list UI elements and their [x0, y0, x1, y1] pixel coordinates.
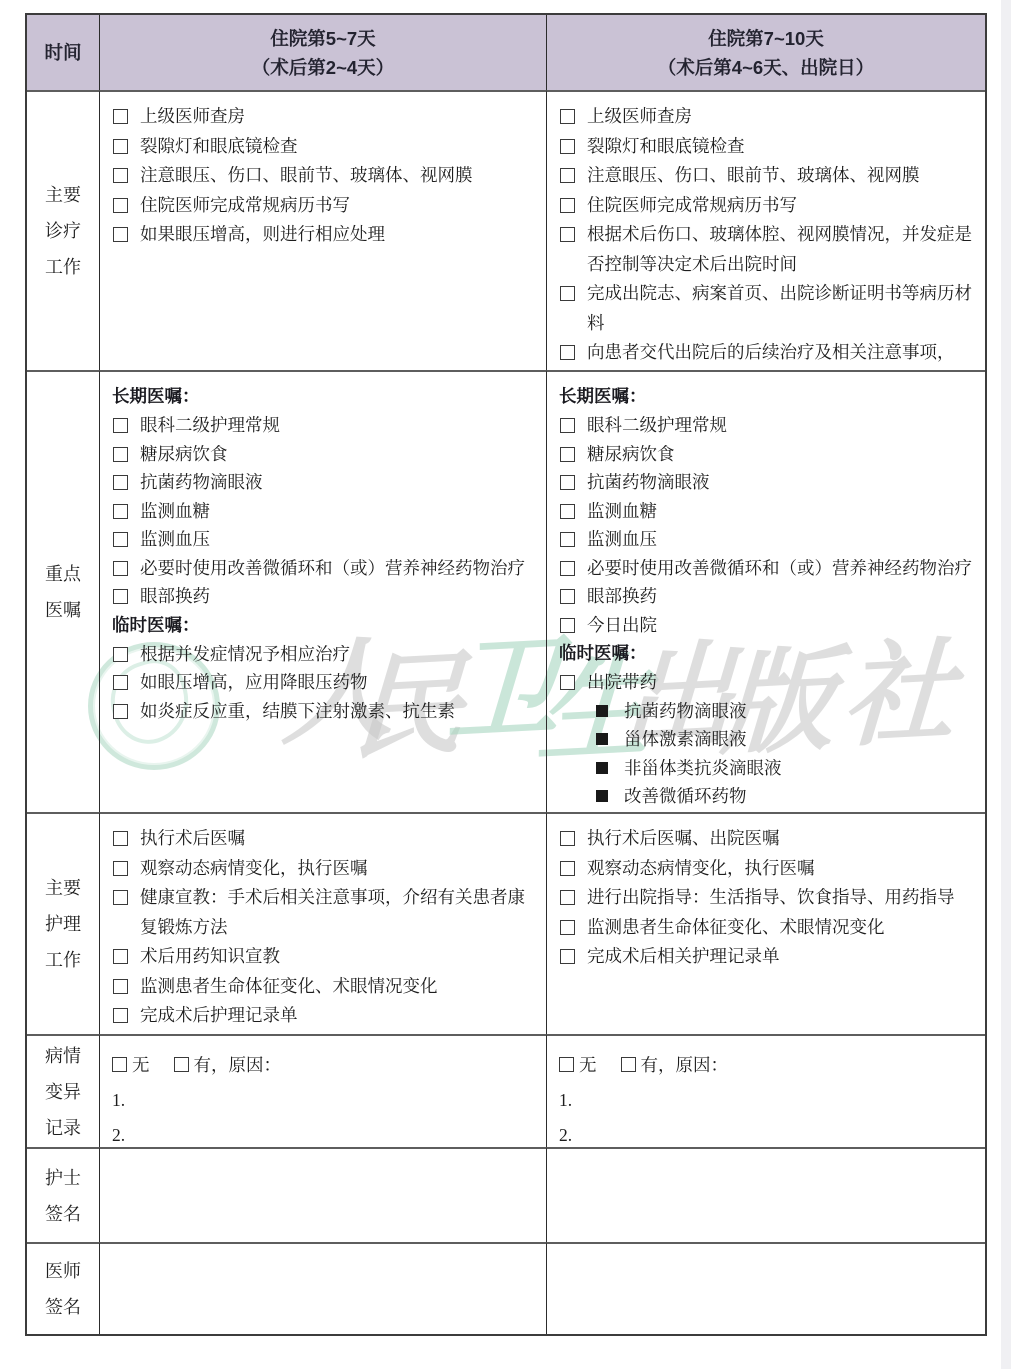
row-label-line: 签名	[45, 1289, 81, 1325]
checklist-item: 如果眼压增高，则进行相应处理	[112, 220, 538, 250]
checkbox-icon[interactable]	[113, 861, 128, 876]
checklist-item-label: 眼科二级护理常规	[140, 415, 280, 435]
checklist-item: 住院医师完成常规病历书写	[112, 191, 538, 221]
checklist-item-label: 如果眼压增高，则进行相应处理	[140, 224, 385, 244]
temp-orders-title: 临时医嘱：	[559, 639, 977, 668]
checklist-item: 裂隙灯和眼底镜检查	[112, 132, 538, 162]
checkbox-icon[interactable]	[560, 561, 575, 576]
checklist-item-label: 如眼压增高，应用降眼压药物	[140, 672, 368, 692]
checklist-item: 如眼压增高，应用降眼压药物	[112, 668, 538, 697]
row-label-line: 记录	[45, 1110, 81, 1146]
row-label-diagnosis: 主要诊疗工作	[27, 90, 99, 370]
checklist-item: 出院带药	[559, 668, 977, 697]
checklist-item-label: 眼部换药	[587, 586, 657, 606]
checkbox-icon[interactable]	[113, 979, 128, 994]
checkbox-icon[interactable]	[560, 345, 575, 360]
checklist-item-label: 甾体激素滴眼液	[624, 729, 747, 749]
checkbox-icon[interactable]	[560, 949, 575, 964]
checklist-item: 监测患者生命体征变化、术眼情况变化	[559, 913, 977, 943]
checkbox-icon[interactable]	[113, 447, 128, 462]
checklist-item: 观察动态病情变化，执行医嘱	[112, 854, 538, 884]
checkbox-icon[interactable]	[560, 109, 575, 124]
checkbox-icon[interactable]	[621, 1057, 636, 1072]
checkbox-icon[interactable]	[560, 504, 575, 519]
checklist-item-label: 完成术后相关护理记录单	[587, 946, 780, 966]
checklist-item: 必要时使用改善微循环和（或）营养神经药物治疗	[559, 554, 977, 583]
checklist-item-label: 必要时使用改善微循环和（或）营养神经药物治疗	[140, 558, 525, 578]
checklist-item: 糖尿病饮食	[112, 440, 538, 469]
checklist-item: 进行出院指导：生活指导、饮食指导、用药指导	[559, 883, 977, 913]
checklist-item-label: 术后用药知识宣教	[140, 946, 280, 966]
header-day5-7-line2: （术后第2~4天）	[252, 53, 394, 82]
checkbox-icon[interactable]	[560, 890, 575, 905]
checkbox-icon[interactable]	[113, 704, 128, 719]
checklist-item: 改善微循环药物	[559, 782, 977, 811]
checkbox-icon[interactable]	[113, 831, 128, 846]
checklist-item-label: 必要时使用改善微循环和（或）营养神经药物治疗	[587, 558, 972, 578]
checklist-item-label: 糖尿病饮食	[587, 444, 675, 464]
row-label-line: 主要	[45, 870, 81, 906]
filled-square-bullet	[596, 733, 608, 745]
checklist-item-label: 向患者交代出院后的后续治疗及相关注意事项，如：复诊时间等	[587, 342, 955, 370]
checklist-item-label: 注意眼压、伤口、眼前节、玻璃体、视网膜	[587, 165, 920, 185]
cell-diagnosis-day7-10: 上级医师查房裂隙灯和眼底镜检查注意眼压、伤口、眼前节、玻璃体、视网膜住院医师完成…	[546, 90, 985, 370]
checklist-item: 糖尿病饮食	[559, 440, 977, 469]
longterm-orders-list: 眼科二级护理常规糖尿病饮食抗菌药物滴眼液监测血糖监测血压必要时使用改善微循环和（…	[112, 411, 538, 611]
checklist-item: 监测血压	[559, 525, 977, 554]
checklist-item: 监测血糖	[559, 497, 977, 526]
filled-square-bullet	[596, 762, 608, 774]
checkbox-icon[interactable]	[560, 475, 575, 490]
cell-variation-day5-7: 无有，原因： 1. 2.	[99, 1034, 546, 1147]
row-label-line: 工作	[45, 249, 81, 285]
checkbox-icon[interactable]	[560, 447, 575, 462]
checkbox-icon[interactable]	[560, 861, 575, 876]
checklist-item: 健康宣教：手术后相关注意事项，介绍有关患者康复锻炼方法	[112, 883, 538, 942]
row-label-orders: 重点医嘱	[27, 370, 99, 812]
checklist-item-label: 抗菌药物滴眼液	[140, 472, 263, 492]
row-label-line: 医嘱	[45, 592, 81, 628]
cell-doctor-signature-day5-7[interactable]	[99, 1242, 546, 1334]
checklist-item: 观察动态病情变化，执行医嘱	[559, 854, 977, 884]
checklist-item: 今日出院	[559, 611, 977, 640]
temp-orders-list: 根据并发症情况予相应治疗如眼压增高，应用降眼压药物如炎症反应重，结膜下注射激素、…	[112, 640, 538, 726]
checklist-item: 抗菌药物滴眼液	[559, 697, 977, 726]
checkbox-icon[interactable]	[113, 589, 128, 604]
checklist-item: 监测血压	[112, 525, 538, 554]
checklist-item: 甾体激素滴眼液	[559, 725, 977, 754]
checklist-item-label: 注意眼压、伤口、眼前节、玻璃体、视网膜	[140, 165, 473, 185]
checklist-item-label: 监测血糖	[587, 501, 657, 521]
checklist-item-label: 住院医师完成常规病历书写	[587, 195, 797, 215]
row-label-line: 主要	[45, 177, 81, 213]
temp-orders-title: 临时医嘱：	[112, 611, 538, 640]
variation-reason-1: 1.	[112, 1083, 538, 1118]
variation-reason-2: 2.	[112, 1118, 538, 1147]
checkbox-icon[interactable]	[113, 647, 128, 662]
checklist-item: 注意眼压、伤口、眼前节、玻璃体、视网膜	[559, 161, 977, 191]
checklist-item-label: 上级医师查房	[587, 106, 692, 126]
checkbox-icon[interactable]	[113, 198, 128, 213]
row-label-line: 护理	[45, 906, 81, 942]
checklist-item-label: 完成术后护理记录单	[140, 1005, 298, 1025]
checklist-item-label: 健康宣教：手术后相关注意事项，介绍有关患者康复锻炼方法	[140, 887, 525, 937]
checklist-item-label: 观察动态病情变化，执行医嘱	[140, 858, 368, 878]
row-label-nursing: 主要护理工作	[27, 812, 99, 1034]
cell-nurse-signature-day5-7[interactable]	[99, 1147, 546, 1242]
checkbox-icon[interactable]	[560, 227, 575, 242]
checklist-item: 监测患者生命体征变化、术眼情况变化	[112, 972, 538, 1002]
checklist-item-label: 监测血糖	[140, 501, 210, 521]
cell-nursing-day7-10: 执行术后医嘱、出院医嘱观察动态病情变化，执行医嘱进行出院指导：生活指导、饮食指导…	[546, 812, 985, 1034]
checkbox-icon[interactable]	[560, 618, 575, 633]
checkbox-icon[interactable]	[560, 168, 575, 183]
longterm-orders-title: 长期医嘱：	[559, 382, 977, 411]
clinical-pathway-table: 时间 住院第5~7天 （术后第2~4天） 住院第7~10天 （术后第4~6天、出…	[25, 13, 987, 1336]
temp-orders-list: 出院带药	[559, 668, 977, 697]
row-label-line: 病情	[45, 1038, 81, 1074]
checkbox-icon[interactable]	[560, 675, 575, 690]
checklist-item: 眼科二级护理常规	[559, 411, 977, 440]
checklist-item: 抗菌药物滴眼液	[559, 468, 977, 497]
checkbox-icon[interactable]	[113, 227, 128, 242]
checklist-item-label: 裂隙灯和眼底镜检查	[140, 136, 298, 156]
checklist-item: 抗菌药物滴眼液	[112, 468, 538, 497]
checkbox-icon[interactable]	[113, 561, 128, 576]
checkbox-icon[interactable]	[113, 532, 128, 547]
checklist-item-label: 改善微循环药物	[624, 786, 747, 806]
checkbox-icon[interactable]	[560, 198, 575, 213]
checkbox-icon[interactable]	[113, 139, 128, 154]
checklist-item-label: 上级医师查房	[140, 106, 245, 126]
row-label-line: 医师	[45, 1253, 81, 1289]
checkbox-icon[interactable]	[113, 504, 128, 519]
checklist-item-label: 抗菌药物滴眼液	[624, 701, 747, 721]
row-label-variation: 病情变异记录	[27, 1034, 99, 1147]
checklist-item: 裂隙灯和眼底镜检查	[559, 132, 977, 162]
checkbox-icon[interactable]	[560, 532, 575, 547]
cell-variation-day7-10: 无有，原因： 1. 2.	[546, 1034, 985, 1147]
checklist-item-label: 出院带药	[587, 672, 657, 692]
checkbox-icon[interactable]	[113, 890, 128, 905]
checkbox-icon[interactable]	[560, 589, 575, 604]
header-day7-10-line2: （术后第4~6天、出院日）	[658, 53, 874, 82]
checkbox-icon[interactable]	[113, 475, 128, 490]
checklist-item: 注意眼压、伤口、眼前节、玻璃体、视网膜	[112, 161, 538, 191]
row-label-line: 重点	[45, 556, 81, 592]
checklist-item: 如炎症反应重，结膜下注射激素、抗生素	[112, 697, 538, 726]
checklist-item: 必要时使用改善微循环和（或）营养神经药物治疗	[112, 554, 538, 583]
checklist-item: 执行术后医嘱	[112, 824, 538, 854]
row-label-line: 诊疗	[45, 213, 81, 249]
checklist-item-label: 进行出院指导：生活指导、饮食指导、用药指导	[587, 887, 955, 907]
row-label-doctor-signature: 医师签名	[27, 1242, 99, 1334]
variation-options-line: 无有，原因：	[559, 1048, 977, 1083]
checklist-item: 向患者交代出院后的后续治疗及相关注意事项，如：复诊时间等	[559, 338, 977, 370]
checklist-item-label: 今日出院	[587, 615, 657, 635]
checkbox-icon[interactable]	[560, 286, 575, 301]
checkbox-icon[interactable]	[560, 418, 575, 433]
variation-no-label: 无	[579, 1055, 597, 1075]
checklist-item-label: 糖尿病饮食	[140, 444, 228, 464]
checklist-item-label: 眼部换药	[140, 586, 210, 606]
cell-nursing-day5-7: 执行术后医嘱观察动态病情变化，执行医嘱健康宣教：手术后相关注意事项，介绍有关患者…	[99, 812, 546, 1034]
checkbox-icon[interactable]	[560, 831, 575, 846]
checklist-item: 完成术后护理记录单	[112, 1001, 538, 1031]
header-time-label: 时间	[44, 38, 81, 67]
checklist-item: 眼科二级护理常规	[112, 411, 538, 440]
checkbox-icon[interactable]	[113, 1008, 128, 1023]
checklist-item-label: 非甾体类抗炎滴眼液	[624, 758, 782, 778]
checklist-item-label: 监测血压	[587, 529, 657, 549]
checklist-item: 完成出院志、病案首页、出院诊断证明书等病历材料	[559, 279, 977, 338]
checkbox-icon[interactable]	[113, 675, 128, 690]
checklist-item: 完成术后相关护理记录单	[559, 942, 977, 972]
checklist-item-label: 裂隙灯和眼底镜检查	[587, 136, 745, 156]
checklist-item: 上级医师查房	[112, 102, 538, 132]
variation-no-label: 无	[132, 1055, 150, 1075]
cell-diagnosis-day5-7: 上级医师查房裂隙灯和眼底镜检查注意眼压、伤口、眼前节、玻璃体、视网膜住院医师完成…	[99, 90, 546, 370]
discharge-medication-sublist: 抗菌药物滴眼液甾体激素滴眼液非甾体类抗炎滴眼液改善微循环药物	[559, 697, 977, 811]
header-day5-7-line1: 住院第5~7天	[270, 24, 375, 53]
checklist-item: 眼部换药	[112, 582, 538, 611]
checkbox-icon[interactable]	[113, 418, 128, 433]
checkbox-icon[interactable]	[112, 1057, 127, 1072]
checklist-item-label: 监测患者生命体征变化、术眼情况变化	[140, 976, 438, 996]
cell-orders-day7-10: 长期医嘱： 眼科二级护理常规糖尿病饮食抗菌药物滴眼液监测血糖监测血压必要时使用改…	[546, 370, 985, 812]
header-day7-10-line1: 住院第7~10天	[708, 24, 824, 53]
filled-square-bullet	[596, 790, 608, 802]
checklist-item-label: 住院医师完成常规病历书写	[140, 195, 350, 215]
checklist-item: 住院医师完成常规病历书写	[559, 191, 977, 221]
header-day7-10-cell: 住院第7~10天 （术后第4~6天、出院日）	[546, 15, 985, 90]
checklist-item-label: 如炎症反应重，结膜下注射激素、抗生素	[140, 701, 455, 721]
checklist-item: 根据术后伤口、玻璃体腔、视网膜情况，并发症是否控制等决定术后出院时间	[559, 220, 977, 279]
checklist-item-label: 根据术后伤口、玻璃体腔、视网膜情况，并发症是否控制等决定术后出院时间	[587, 224, 972, 274]
checklist-item-label: 根据并发症情况予相应治疗	[140, 644, 350, 664]
checkbox-icon[interactable]	[560, 139, 575, 154]
checklist-item: 上级医师查房	[559, 102, 977, 132]
checklist-item-label: 观察动态病情变化，执行医嘱	[587, 858, 815, 878]
cell-doctor-signature-day7-10[interactable]	[546, 1242, 985, 1334]
header-day5-7-cell: 住院第5~7天 （术后第2~4天）	[99, 15, 546, 90]
checklist-item-label: 监测血压	[140, 529, 210, 549]
checklist-item: 非甾体类抗炎滴眼液	[559, 754, 977, 783]
row-label-line: 护士	[45, 1160, 81, 1196]
checklist-item-label: 抗菌药物滴眼液	[587, 472, 710, 492]
checkbox-icon[interactable]	[560, 920, 575, 935]
checkbox-icon[interactable]	[113, 109, 128, 124]
checklist-item-label: 眼科二级护理常规	[587, 415, 727, 435]
cell-orders-day5-7: 长期医嘱： 眼科二级护理常规糖尿病饮食抗菌药物滴眼液监测血糖监测血压必要时使用改…	[99, 370, 546, 812]
checklist-item-label: 执行术后医嘱	[140, 828, 245, 848]
row-label-line: 签名	[45, 1196, 81, 1232]
checklist-item-label: 执行术后医嘱、出院医嘱	[587, 828, 780, 848]
scan-page-edge-shadow	[1001, 0, 1011, 1369]
variation-yes-label: 有，原因：	[641, 1055, 729, 1075]
variation-yes-label: 有，原因：	[194, 1055, 282, 1075]
checklist-item: 根据并发症情况予相应治疗	[112, 640, 538, 669]
filled-square-bullet	[596, 705, 608, 717]
longterm-orders-title: 长期医嘱：	[112, 382, 538, 411]
variation-options-line: 无有，原因：	[112, 1048, 538, 1083]
cell-nurse-signature-day7-10[interactable]	[546, 1147, 985, 1242]
checkbox-icon[interactable]	[559, 1057, 574, 1072]
checklist-item: 监测血糖	[112, 497, 538, 526]
row-label-line: 工作	[45, 942, 81, 978]
row-label-line: 变异	[45, 1074, 81, 1110]
checklist-item: 术后用药知识宣教	[112, 942, 538, 972]
checkbox-icon[interactable]	[113, 949, 128, 964]
checklist-item: 眼部换药	[559, 582, 977, 611]
header-time-cell: 时间	[27, 15, 99, 90]
checkbox-icon[interactable]	[113, 168, 128, 183]
longterm-orders-list: 眼科二级护理常规糖尿病饮食抗菌药物滴眼液监测血糖监测血压必要时使用改善微循环和（…	[559, 411, 977, 639]
checklist-item: 执行术后医嘱、出院医嘱	[559, 824, 977, 854]
variation-reason-2: 2.	[559, 1118, 977, 1147]
row-label-nurse-signature: 护士签名	[27, 1147, 99, 1242]
checkbox-icon[interactable]	[174, 1057, 189, 1072]
checklist-item-label: 监测患者生命体征变化、术眼情况变化	[587, 917, 885, 937]
variation-reason-1: 1.	[559, 1083, 977, 1118]
checklist-item-label: 完成出院志、病案首页、出院诊断证明书等病历材料	[587, 283, 972, 333]
